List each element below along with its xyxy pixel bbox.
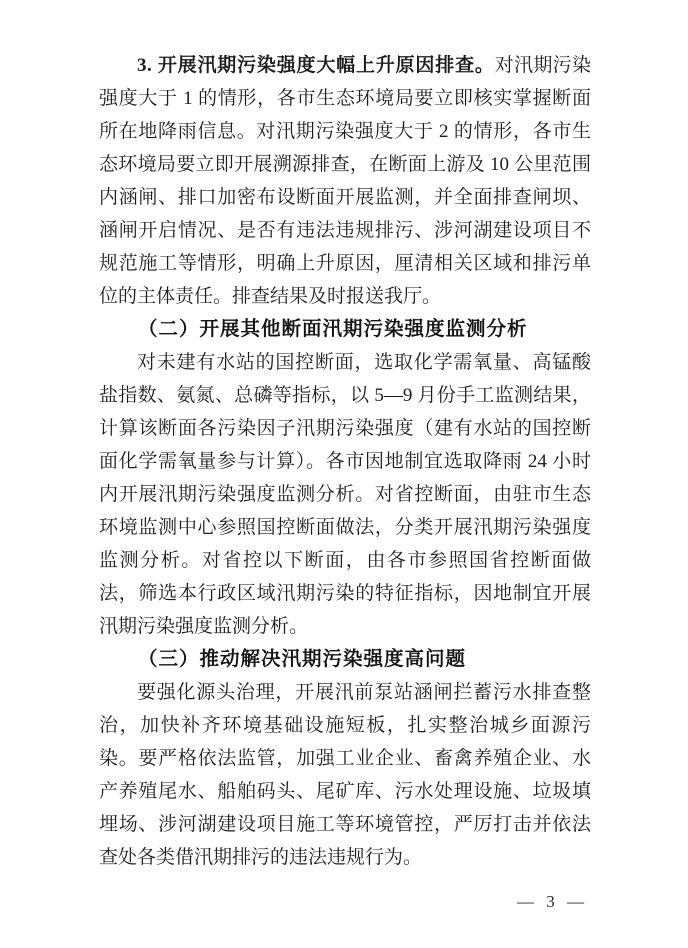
- paragraph-solve-high-pollution-intensity: 要强化源头治理，开展汛前泵站涵闸拦蓄污水排查整治，加快补齐环境基础设施短板，扎实…: [99, 676, 591, 874]
- paragraph-other-section-monitoring-analysis: 对未建有水站的国控断面，选取化学需氧量、高锰酸盐指数、氨氮、总磷等指标，以 5—…: [99, 346, 591, 643]
- section-heading-3: （三）推动解决汛期污染强度高问题: [99, 643, 591, 676]
- paragraph-lead-bold-heading: 3. 开展汛期污染强度大幅上升原因排查。: [137, 55, 495, 76]
- section-heading-2: （二）开展其他断面汛期污染强度监测分析: [99, 313, 591, 346]
- document-page: 3. 开展汛期污染强度大幅上升原因排查。对汛期污染强度大于 1 的情形，各市生态…: [0, 0, 688, 948]
- page-number: — 3 —: [517, 892, 588, 912]
- paragraph-body-text: 对汛期污染强度大于 1 的情形，各市生态环境局要立即核实掌握断面所在地降雨信息。…: [99, 55, 591, 307]
- paragraph-flood-pollution-cause-investigation: 3. 开展汛期污染强度大幅上升原因排查。对汛期污染强度大于 1 的情形，各市生态…: [99, 49, 591, 313]
